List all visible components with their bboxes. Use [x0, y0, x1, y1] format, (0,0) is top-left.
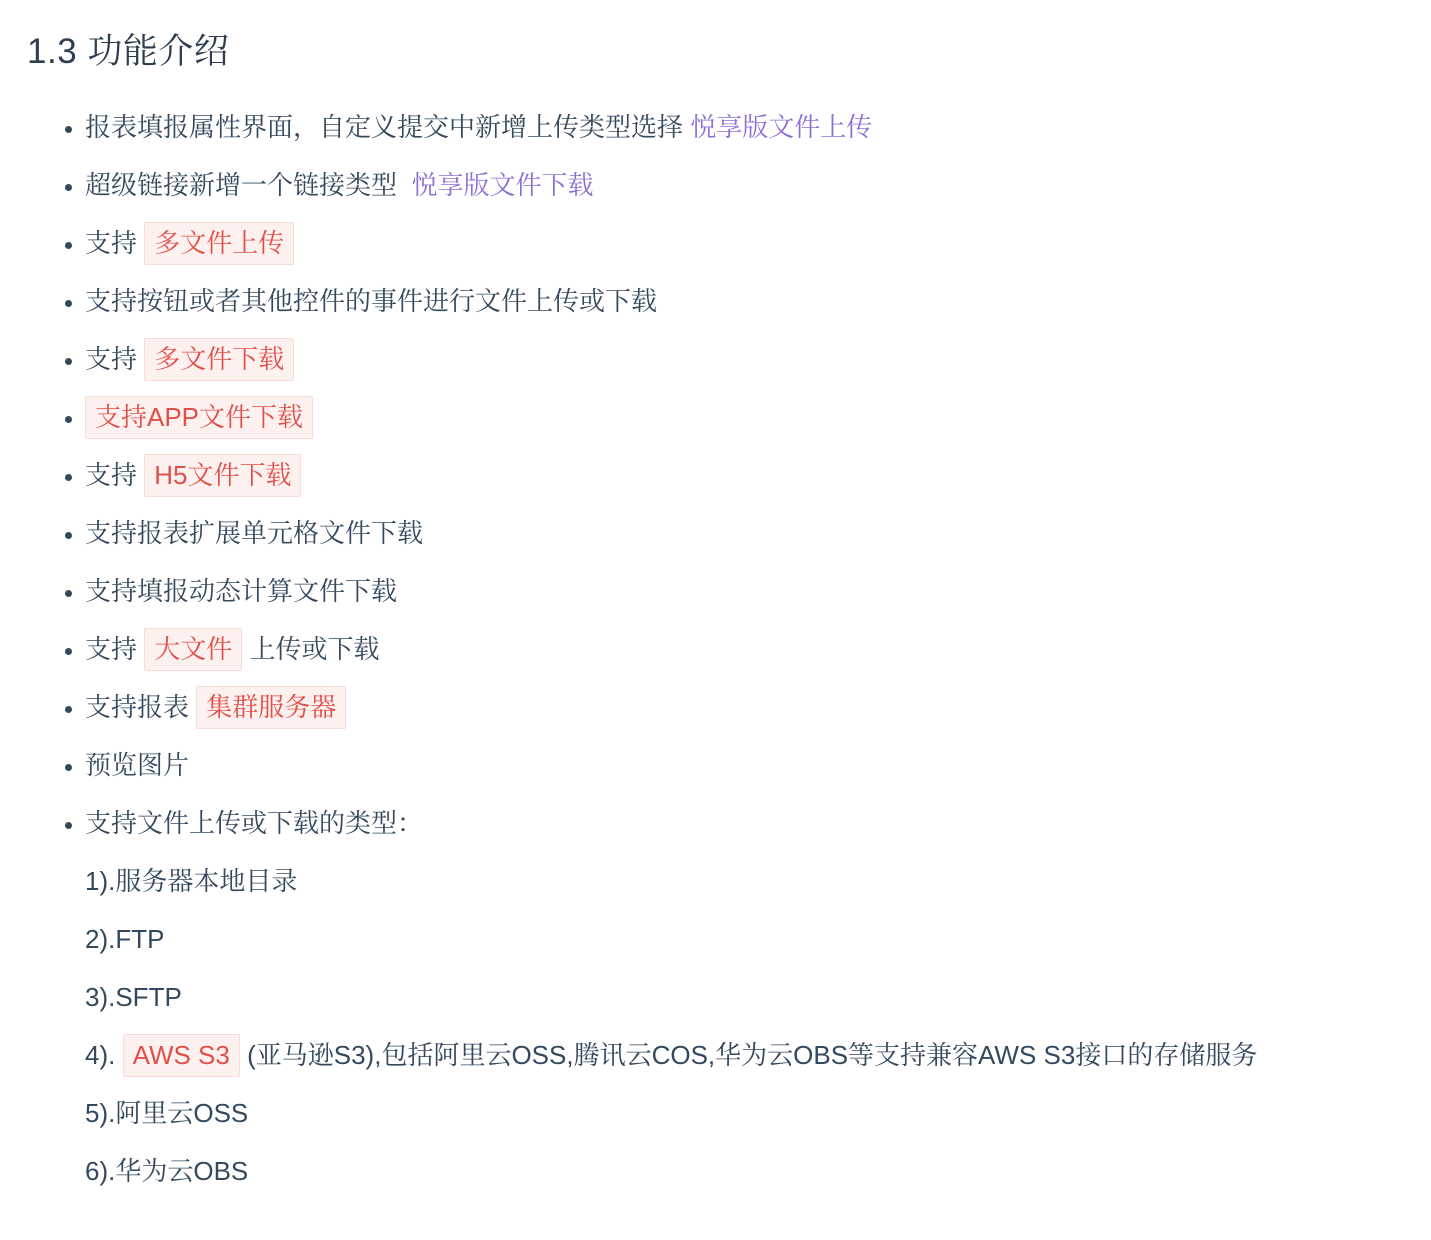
text-span: 报表填报属性界面，自定义提交中新增上传类型选择 — [85, 112, 690, 142]
text-span: 6).华为云OBS — [85, 1156, 248, 1186]
list-item: 支持 H5文件下载 — [85, 446, 1391, 504]
text-span: 支持报表 — [85, 692, 196, 722]
doc-link[interactable]: 悦享版文件上传 — [690, 112, 872, 142]
list-item: 支持按钮或者其他控件的事件进行文件上传或下载 — [85, 272, 1391, 330]
list-item: 支持 多文件下载 — [85, 330, 1391, 388]
text-span: 5).阿里云OSS — [85, 1098, 248, 1128]
text-span: 支持报表扩展单元格文件下载 — [85, 518, 423, 548]
text-span: 预览图片 — [85, 750, 189, 780]
feature-list: 报表填报属性界面，自定义提交中新增上传类型选择 悦享版文件上传超级链接新增一个链… — [27, 98, 1391, 1200]
sub-list-line: 1).服务器本地目录 — [85, 852, 1391, 910]
section-heading: 1.3 功能介绍 — [27, 30, 1391, 74]
text-span: 支持 — [85, 634, 144, 664]
text-span: 支持按钮或者其他控件的事件进行文件上传或下载 — [85, 286, 657, 316]
text-span: 4). — [85, 1040, 123, 1070]
list-item: 支持 多文件上传 — [85, 214, 1391, 272]
text-span: 3).SFTP — [85, 982, 182, 1012]
inline-code: H5文件下载 — [144, 454, 301, 497]
inline-code: 大文件 — [144, 628, 242, 671]
list-item: 支持APP文件下载 — [85, 388, 1391, 446]
inline-code: 集群服务器 — [196, 686, 346, 729]
list-item: 支持报表 集群服务器 — [85, 678, 1391, 736]
sub-list-line: 4). AWS S3 (亚马逊S3),包括阿里云OSS,腾讯云COS,华为云OB… — [85, 1026, 1391, 1084]
sub-list-line: 3).SFTP — [85, 968, 1391, 1026]
text-span: 2).FTP — [85, 924, 164, 954]
text-span: 支持 — [85, 344, 144, 374]
text-span: 支持 — [85, 228, 144, 258]
inline-code: 多文件上传 — [144, 222, 294, 265]
inline-code: 多文件下载 — [144, 338, 294, 381]
list-item: 预览图片 — [85, 736, 1391, 794]
inline-code: AWS S3 — [123, 1034, 240, 1077]
sub-list-line: 5).阿里云OSS — [85, 1084, 1391, 1142]
list-item: 支持报表扩展单元格文件下载 — [85, 504, 1391, 562]
list-item: 超级链接新增一个链接类型 悦享版文件下载 — [85, 156, 1391, 214]
list-item: 支持文件上传或下载的类型：1).服务器本地目录2).FTP3).SFTP4). … — [85, 794, 1391, 1200]
list-item: 支持 大文件 上传或下载 — [85, 620, 1391, 678]
text-span: 上传或下载 — [242, 634, 379, 664]
doc-link[interactable]: 悦享版文件下载 — [411, 170, 593, 200]
inline-code: 支持APP文件下载 — [85, 396, 313, 439]
list-item: 支持填报动态计算文件下载 — [85, 562, 1391, 620]
text-span: (亚马逊S3),包括阿里云OSS,腾讯云COS,华为云OBS等支持兼容AWS S… — [240, 1040, 1257, 1070]
text-span: 超级链接新增一个链接类型 — [85, 170, 411, 200]
text-span: 支持填报动态计算文件下载 — [85, 576, 397, 606]
document-content: 1.3 功能介绍 报表填报属性界面，自定义提交中新增上传类型选择 悦享版文件上传… — [0, 0, 1431, 1240]
sub-list-line: 6).华为云OBS — [85, 1142, 1391, 1200]
text-span: 支持 — [85, 460, 144, 490]
text-span: 支持文件上传或下载的类型： — [85, 808, 423, 838]
list-item: 报表填报属性界面，自定义提交中新增上传类型选择 悦享版文件上传 — [85, 98, 1391, 156]
sub-list-line: 2).FTP — [85, 910, 1391, 968]
text-span: 1).服务器本地目录 — [85, 866, 297, 896]
